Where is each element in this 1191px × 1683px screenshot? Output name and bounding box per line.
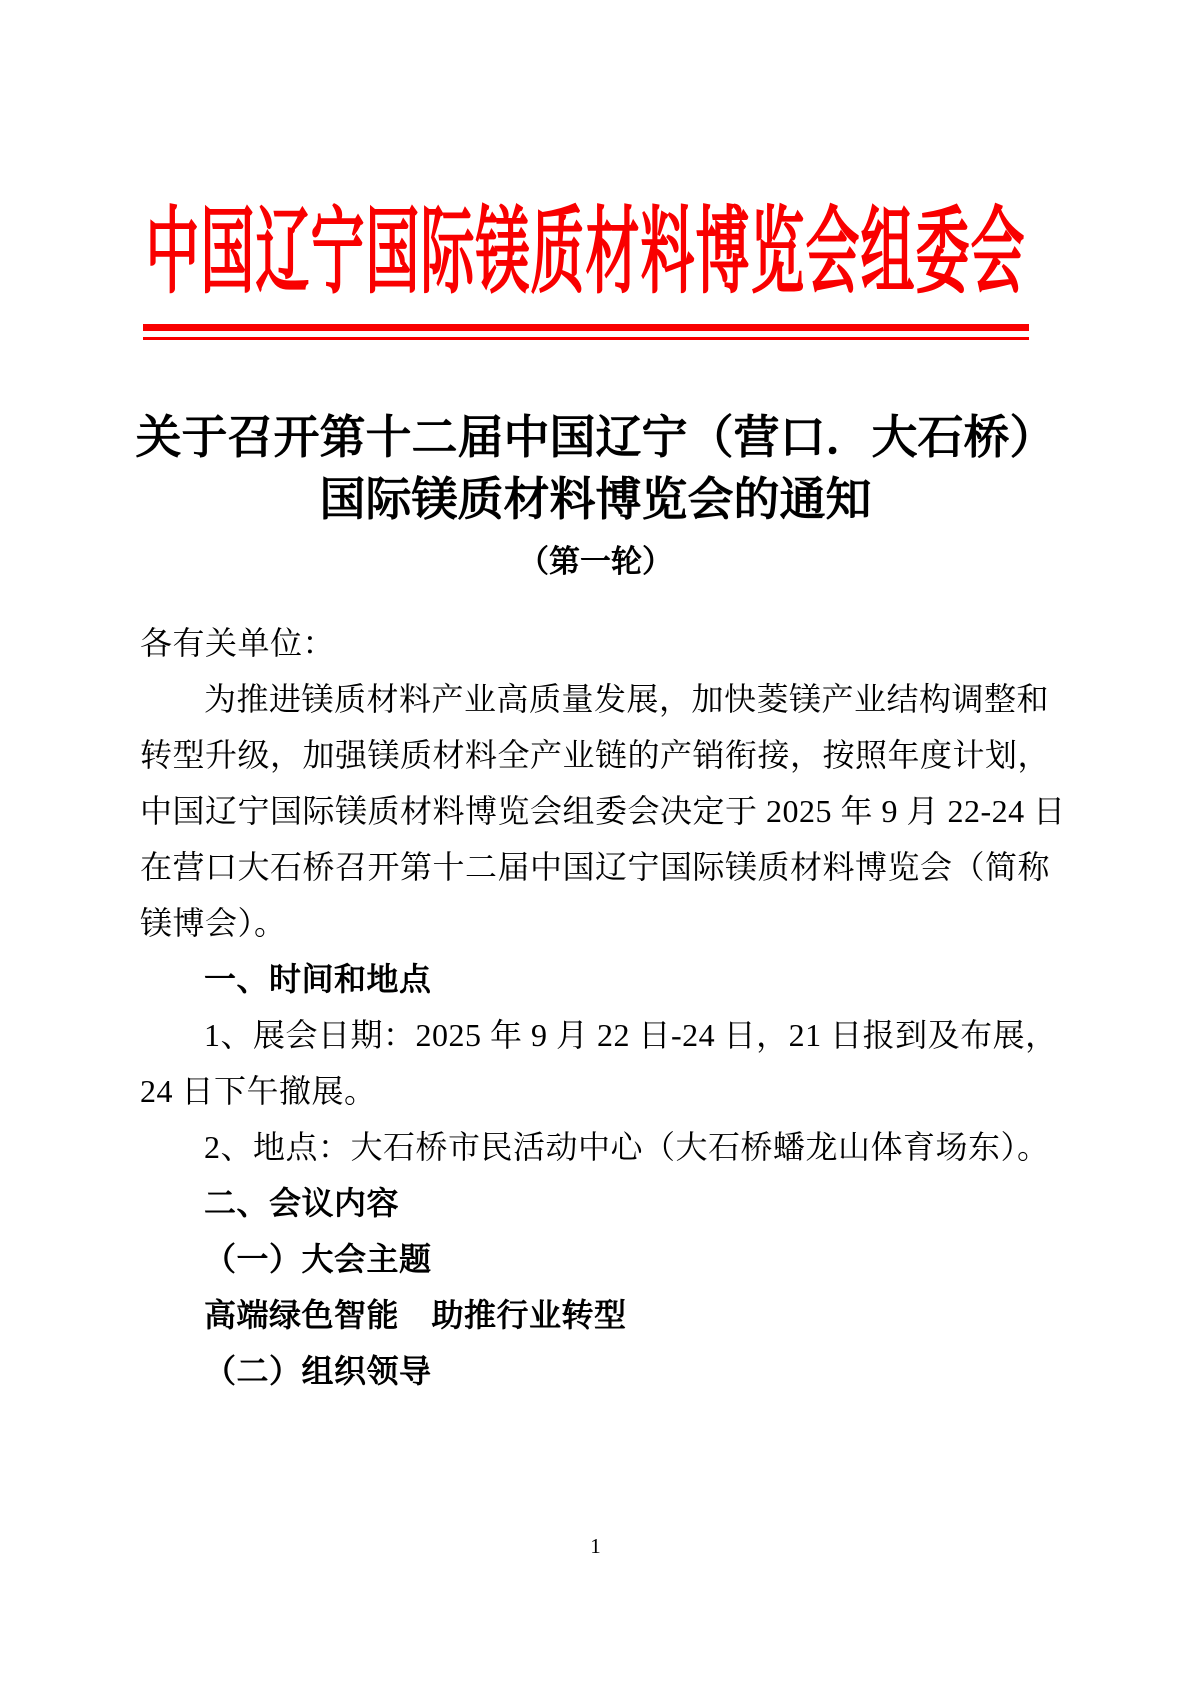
intro-paragraph-line-4: 在营口大石桥召开第十二届中国辽宁国际镁质材料博览会（简称 (140, 839, 1032, 895)
conference-theme-line: 高端绿色智能 助推行业转型 (140, 1287, 1032, 1343)
item-1-continuation-line: 24 日下午撤展。 (140, 1063, 1032, 1119)
letterhead-org-name: 中国辽宁国际镁质材料博览会组委会 (140, 200, 1031, 305)
salutation-line: 各有关单位： (140, 615, 1032, 671)
item-2-location-line: 2、地点：大石桥市民活动中心（大石桥蟠龙山体育场东）。 (140, 1119, 1032, 1175)
section-1-heading: 一、时间和地点 (140, 951, 1032, 1007)
letterhead-rule-thick (143, 324, 1029, 331)
section-2-heading: 二、会议内容 (140, 1175, 1032, 1231)
intro-paragraph-line-2: 转型升级，加强镁质材料全产业链的产销衔接，按照年度计划， (140, 727, 1032, 783)
notice-body: 各有关单位： 为推进镁质材料产业高质量发展，加快菱镁产业结构调整和 转型升级，加… (140, 615, 1032, 1399)
subsection-2-heading: （二）组织领导 (140, 1343, 1032, 1399)
document-page: 中国辽宁国际镁质材料博览会组委会 关于召开第十二届中国辽宁（营口．大石桥） 国际… (0, 0, 1191, 1683)
item-1-date-line: 1、展会日期：2025 年 9 月 22 日-24 日，21 日报到及布展， (140, 1007, 1032, 1063)
letterhead-rule-thin (143, 337, 1029, 340)
page-number: 1 (0, 1532, 1191, 1560)
intro-paragraph-line-3: 中国辽宁国际镁质材料博览会组委会决定于 2025 年 9 月 22-24 日 (140, 783, 1032, 839)
intro-paragraph-line-5: 镁博会）。 (140, 895, 1032, 951)
subsection-1-heading: （一）大会主题 (140, 1231, 1032, 1287)
notice-title-line2: 国际镁质材料博览会的通知 (0, 470, 1191, 530)
notice-title-line1: 关于召开第十二届中国辽宁（营口．大石桥） (0, 408, 1191, 468)
intro-paragraph-line-1: 为推进镁质材料产业高质量发展，加快菱镁产业结构调整和 (140, 671, 1032, 727)
notice-round-label: （第一轮） (0, 540, 1191, 584)
